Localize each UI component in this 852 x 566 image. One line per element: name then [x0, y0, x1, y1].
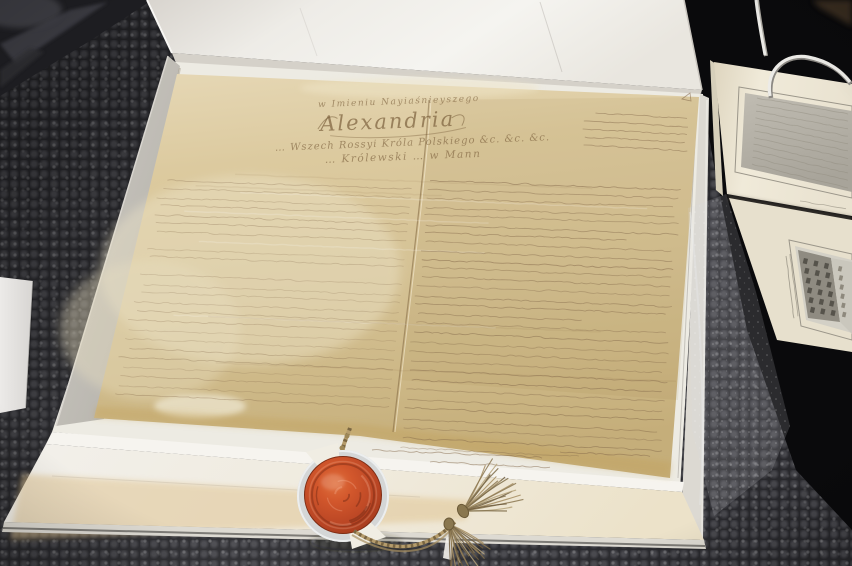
scene-overlay: w Imieniu Nayiaśnieyszego Alexandria … W…: [0, 0, 852, 566]
photo-scene: w Imieniu Nayiaśnieyszego Alexandria … W…: [0, 0, 852, 566]
vignette: [0, 0, 852, 566]
